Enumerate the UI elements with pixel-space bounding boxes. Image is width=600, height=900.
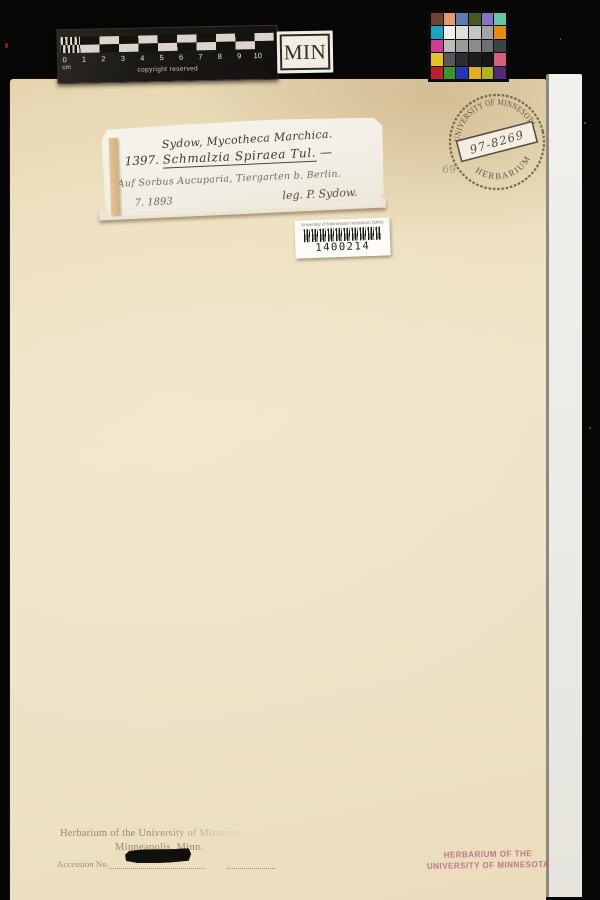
ruler-copyright-text: copyright reserved xyxy=(58,64,277,76)
ownership-stamp: HERBARIUM OF THE UNIVERSITY OF MINNESOTA xyxy=(424,848,552,872)
color-patch xyxy=(456,26,468,38)
color-patch xyxy=(444,40,456,52)
color-patch xyxy=(494,67,506,79)
struck-out-accession-number xyxy=(125,848,192,864)
color-patch xyxy=(456,40,468,52)
barcode-label: University of Minnesota Herbarium (MIN) … xyxy=(294,217,390,258)
institution-code-text: MIN xyxy=(280,34,331,71)
ruler-tick: 6 xyxy=(179,53,183,62)
collection-date: 7. 1893 xyxy=(134,196,173,209)
color-patch xyxy=(444,53,456,65)
color-patch xyxy=(431,53,443,65)
red-speck xyxy=(5,43,8,48)
trailing-mark: — xyxy=(320,145,333,160)
ruler-tick: 0 xyxy=(62,55,66,64)
institution-code-label: MIN xyxy=(277,31,334,74)
color-patch xyxy=(431,67,443,79)
accession-dotted-line xyxy=(109,868,204,869)
color-patch xyxy=(431,26,443,38)
color-patch xyxy=(482,40,494,52)
color-patch xyxy=(482,67,494,79)
ruler-tick: 7 xyxy=(198,52,202,61)
color-patch xyxy=(456,53,468,65)
color-patch xyxy=(444,67,456,79)
specimen-number: 1397. xyxy=(124,153,159,169)
color-patch xyxy=(494,13,506,25)
color-patch xyxy=(494,26,506,38)
dust-speck xyxy=(589,427,591,429)
accession-no-label: Accession No. xyxy=(57,859,109,869)
accession-block: Herbarium of the University of Minnesota… xyxy=(57,828,287,874)
color-patch xyxy=(482,53,494,65)
adjacent-sheet-edge xyxy=(546,74,582,897)
ruler-tick: 5 xyxy=(159,53,163,62)
accession-dotted-line xyxy=(227,868,275,869)
ruler-checker-band xyxy=(61,33,274,53)
color-patch xyxy=(469,13,481,25)
specimen-label: Sydow, Mycotheca Marchica. 1397. Schmalz… xyxy=(101,115,386,218)
ownership-stamp-line2: UNIVERSITY OF MINNESOTA xyxy=(424,859,552,872)
collector-name: leg. P. Sydow. xyxy=(282,186,358,202)
dust-speck xyxy=(560,38,561,40)
color-patch xyxy=(469,53,481,65)
ruler-tick: 9 xyxy=(237,51,241,60)
color-patch xyxy=(494,40,506,52)
color-patch xyxy=(469,67,481,79)
color-patch xyxy=(469,26,481,38)
color-patch xyxy=(444,26,456,38)
color-patch xyxy=(482,13,494,25)
barcode-number: 1400214 xyxy=(295,239,390,254)
color-patch xyxy=(456,13,468,25)
ruler-tick: 10 xyxy=(253,51,262,60)
scale-ruler: 012345678910 cm copyright reserved xyxy=(56,25,278,85)
locality-line: Auf Sorbus Aucuparia, Tiergarten b. Berl… xyxy=(117,169,341,190)
dust-speck xyxy=(584,122,586,124)
ruler-tick: 2 xyxy=(101,54,105,63)
footer-institution-line: Herbarium of the University of Minnesota… xyxy=(60,828,248,839)
color-patch xyxy=(469,40,481,52)
ruler-tick: 3 xyxy=(121,54,125,63)
ruler-tick: 4 xyxy=(140,53,144,62)
color-calibration-card xyxy=(428,10,509,82)
color-patch xyxy=(431,13,443,25)
ruler-tick-numbers: 012345678910 xyxy=(61,51,274,64)
color-patch xyxy=(431,40,443,52)
color-patch xyxy=(494,53,506,65)
ruler-tick: 1 xyxy=(82,55,86,64)
species-line: 1397. Schmalzia Spiraea Tul. — xyxy=(124,145,332,168)
herbarium-specimen-photo: { "scene": { "background_color": "#07070… xyxy=(0,0,600,900)
color-patch xyxy=(444,13,456,25)
color-patch xyxy=(482,26,494,38)
ruler-tick: 8 xyxy=(218,52,222,61)
color-patch xyxy=(456,67,468,79)
